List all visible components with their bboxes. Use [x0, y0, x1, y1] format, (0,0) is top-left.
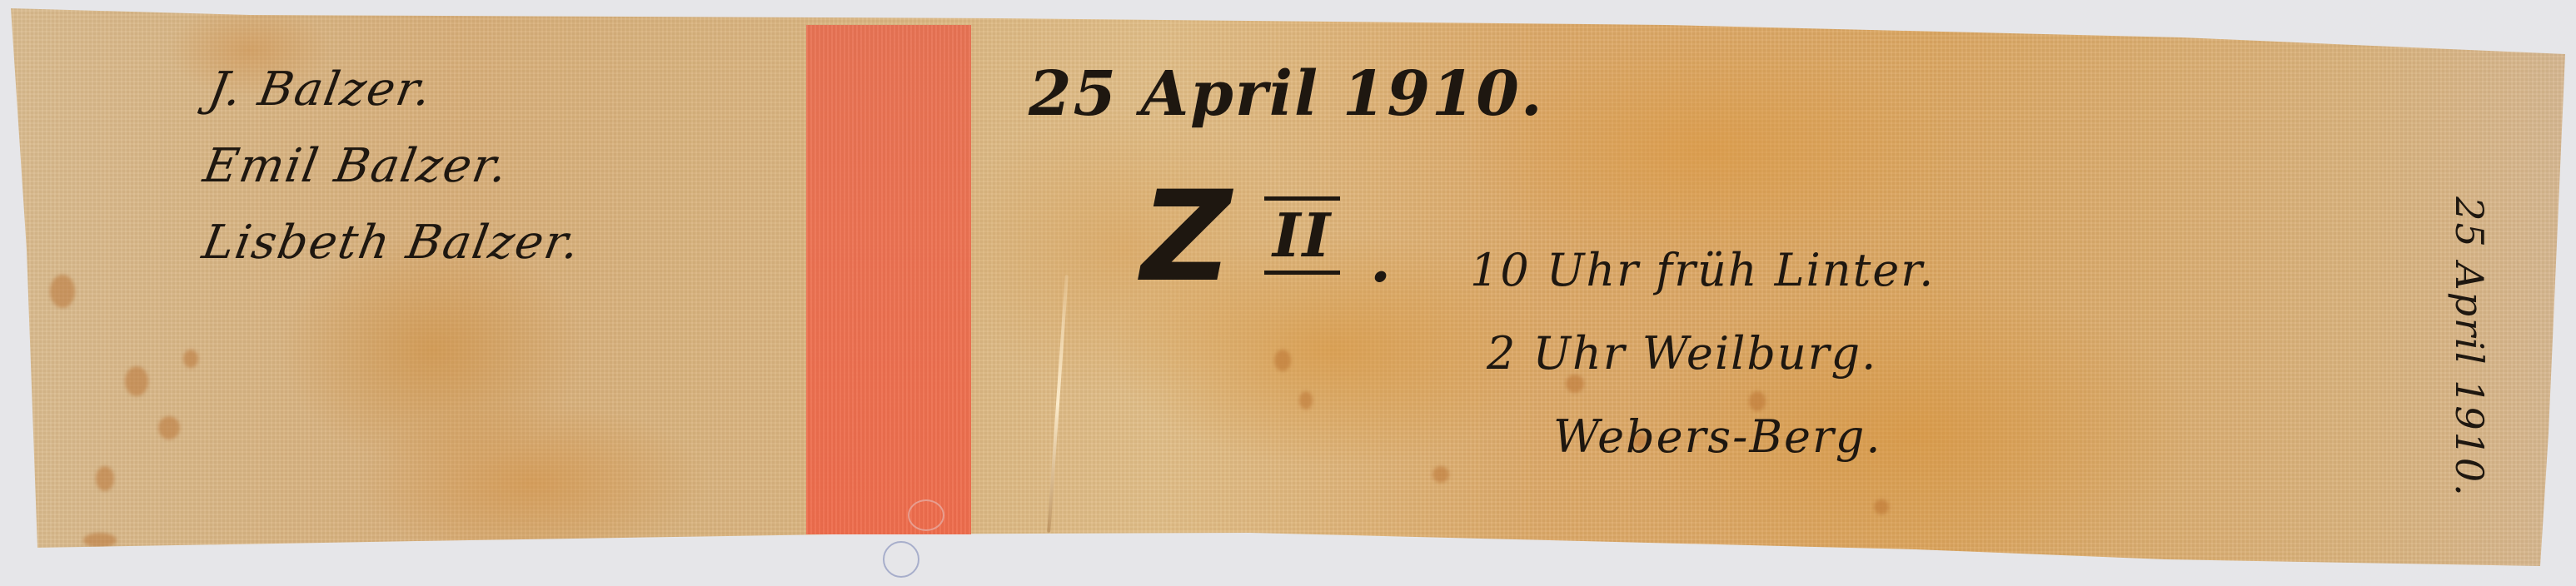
zone-letter: Z — [1141, 175, 1233, 300]
stain-spot — [1874, 499, 1889, 514]
date-heading: 25 April 1910. — [1029, 58, 1544, 130]
zone-number: II — [1264, 196, 1340, 275]
stain-spot — [125, 366, 148, 396]
name-line: Emil Balzer. — [197, 128, 588, 205]
loose-thread — [908, 499, 944, 531]
names-block: J. Balzer. Emil Balzer. Lisbeth Balzer. — [167, 52, 585, 281]
zone-dot: . — [1370, 225, 1393, 295]
itinerary-line: 10 Uhr früh Linter. — [1470, 229, 1935, 312]
side-date-vertical: 25 April 1910. — [2447, 139, 2492, 555]
stain-spot — [183, 350, 198, 368]
itinerary-line: 2 Uhr Weilburg. — [1487, 312, 1951, 395]
stain-spot — [1299, 391, 1313, 410]
stain-spot — [50, 275, 75, 308]
stain-spot — [1274, 350, 1291, 371]
name-line: Lisbeth Balzer. — [197, 205, 587, 281]
name-line: J. Balzer. — [202, 52, 593, 128]
stain-spot — [83, 533, 117, 548]
itinerary-line: Webers-Berg. — [1553, 395, 2018, 479]
stain-spot — [158, 416, 180, 439]
itinerary-block: 10 Uhr früh Linter. 2 Uhr Weilburg. Webe… — [1470, 229, 1935, 479]
red-stripe — [806, 25, 971, 534]
loose-thread — [883, 541, 919, 578]
stain-spot — [96, 466, 114, 491]
stain-spot — [1432, 466, 1449, 483]
